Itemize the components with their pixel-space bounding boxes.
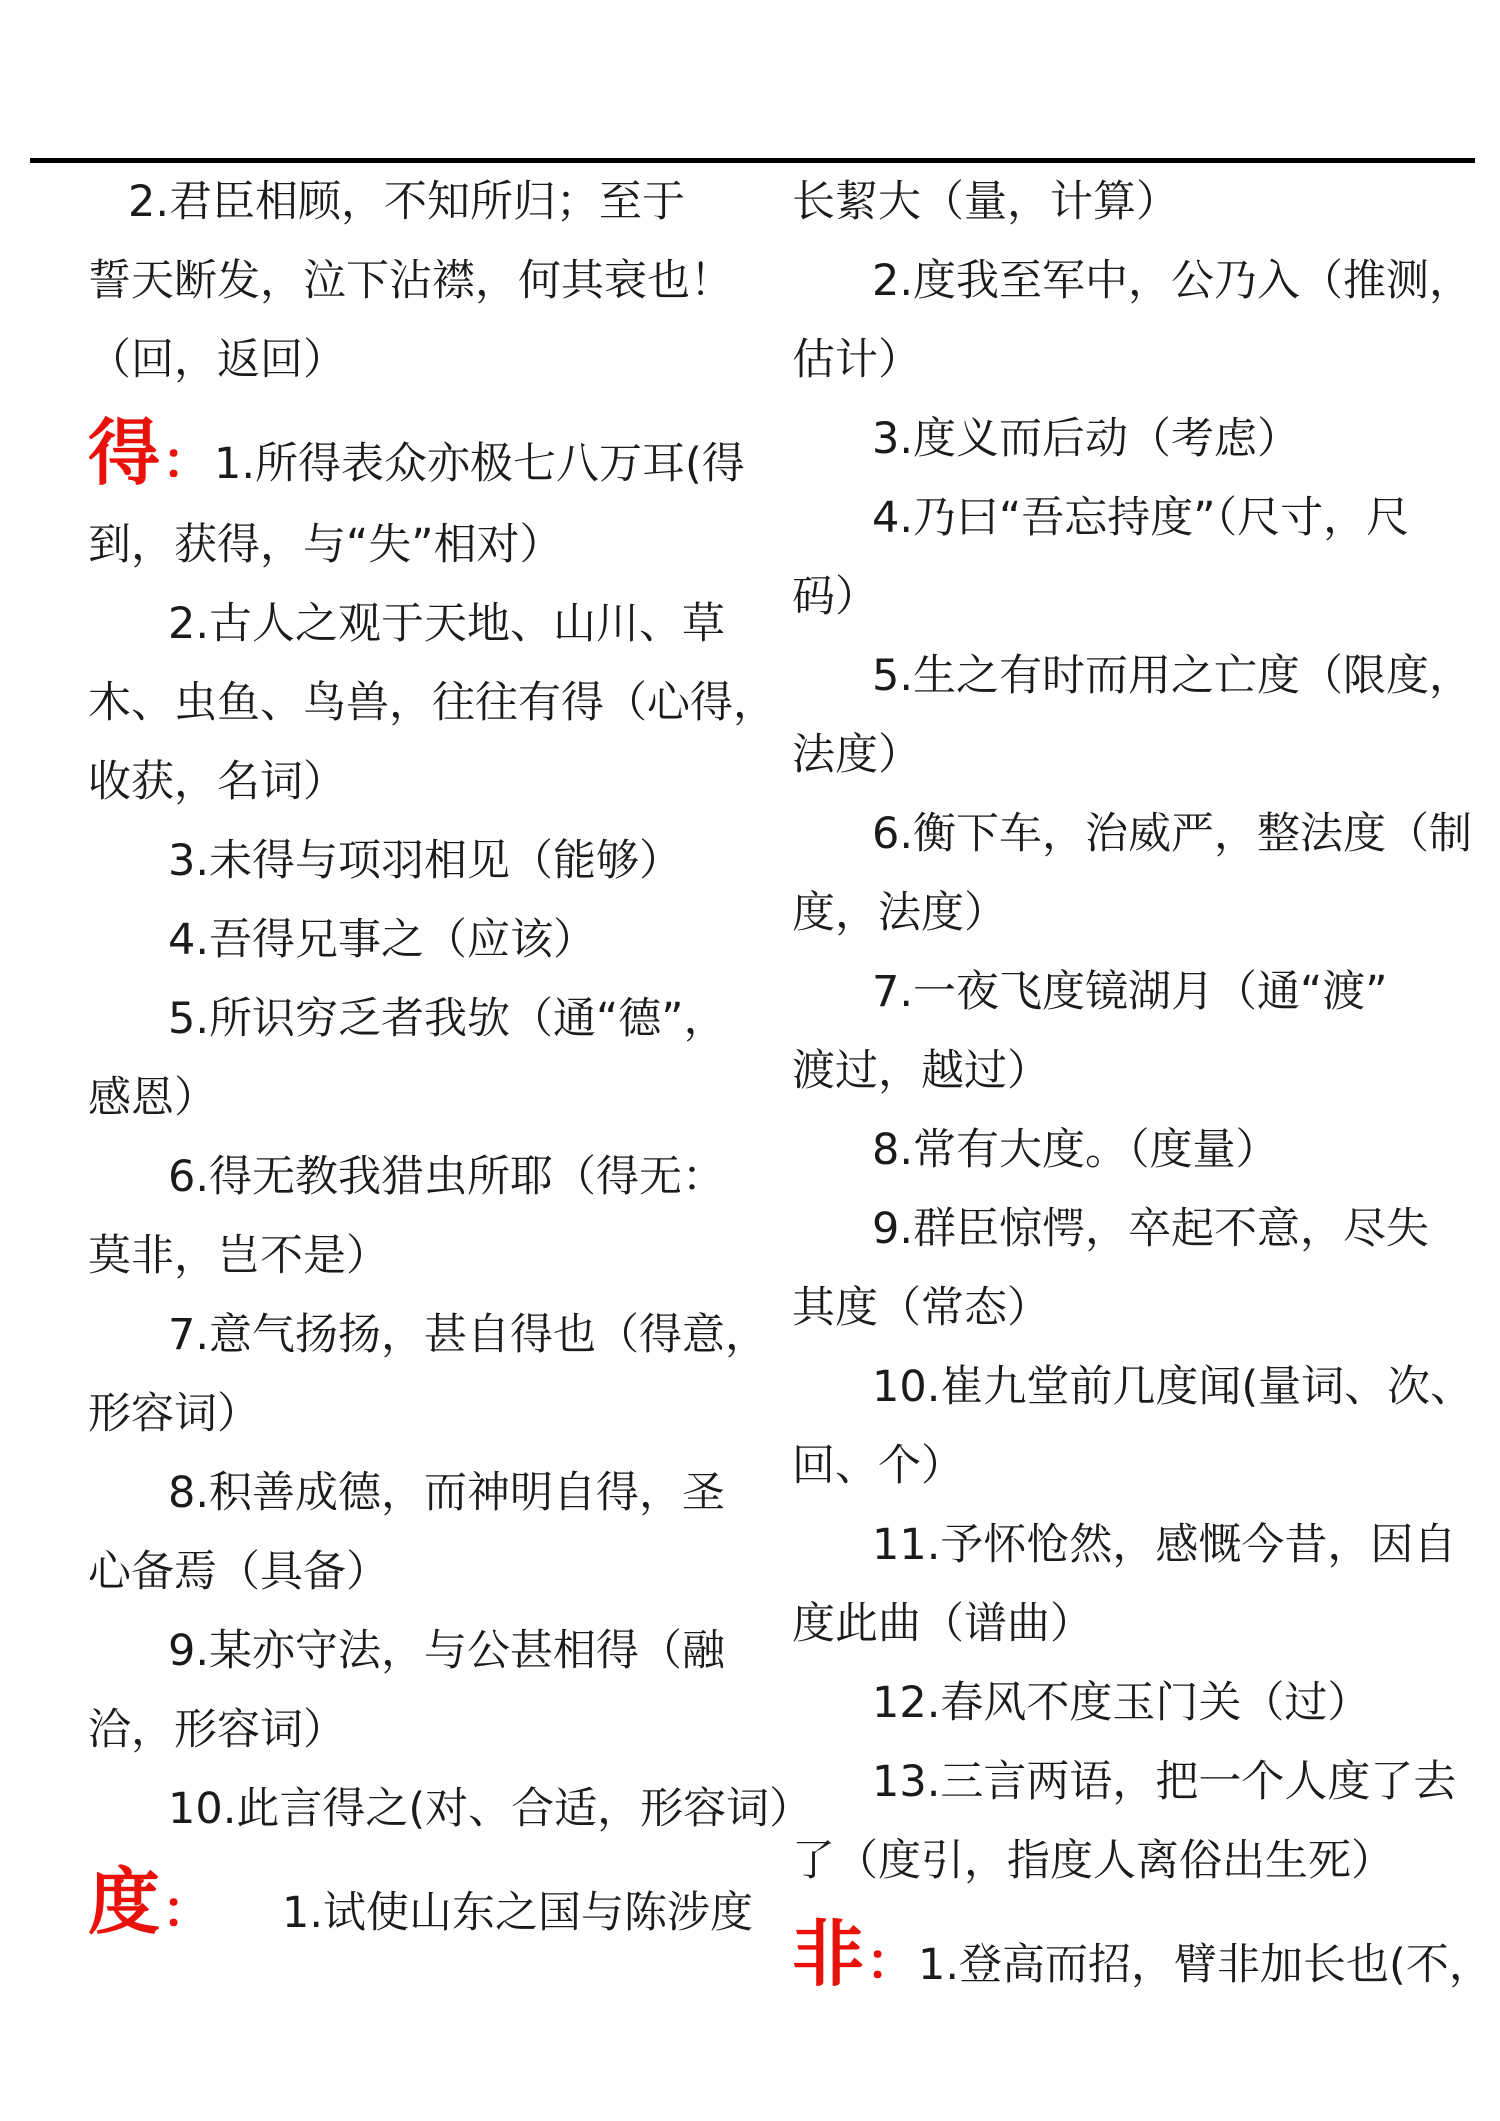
entry-text: 形容词） (88, 1389, 260, 1439)
entry-text: 10.此言得之(对、合适，形容词） (168, 1784, 812, 1834)
entry-line: 2.古人之观于天地、山川、草 (88, 585, 753, 664)
entry-line: 6.得无教我猎虫所耶（得无： (88, 1138, 753, 1217)
entry-line: 7.一夜飞度镜湖月（通“渡” (792, 953, 1482, 1032)
entry-text: 收获，名词） (88, 757, 346, 807)
headword-char: 非 (792, 1901, 864, 2007)
entry-text: 10.崔九堂前几度闻(量词、次、 (872, 1362, 1473, 1412)
entry-line: 6.衡下车，治威严，整法度（制 (792, 795, 1482, 874)
headword-colon: ： (866, 1909, 916, 2015)
entry-text: 13.三言两语，把一个人度了去 (872, 1757, 1456, 1807)
entry-text: 6.衡下车，治威严，整法度（制 (872, 809, 1472, 859)
entry-text: 11.予怀怆然，感慨今昔，因自 (872, 1520, 1456, 1570)
entry-line: 码） (792, 558, 1482, 637)
headword-char: 度 (88, 1849, 160, 1955)
entry-text: 长絜大（量，计算） (792, 177, 1179, 227)
entry-text: 8.常有大度。（度量） (872, 1125, 1279, 1175)
entry-line: 收获，名词） (88, 743, 753, 822)
document-page: 2.君臣相顾，不知所归；至于誓天断发，泣下沾襟，何其衰也！（回，返回）得：1.所… (0, 0, 1500, 2121)
entry-text: 3.未得与项羽相见（能够） (168, 836, 682, 886)
entry-text: 4.乃曰“吾忘持度”（尺寸，尺 (872, 493, 1409, 543)
entry-line: 长絜大（量，计算） (792, 163, 1482, 242)
headword-colon: ： (162, 1857, 212, 1963)
entry-text: 7.意气扬扬，甚自得也（得意， (168, 1310, 768, 1360)
entry-text: 莫非，岂不是） (88, 1231, 389, 1281)
entry-line: 2.度我至军中，公乃入（推测， (792, 242, 1482, 321)
entry-text: 4.吾得兄事之（应该） (168, 915, 596, 965)
entry-line: 洽，形容词） (88, 1691, 753, 1770)
entry-text: 6.得无教我猎虫所耶（得无： (168, 1152, 725, 1202)
entry-text: 5.生之有时而用之亡度（限度， (872, 651, 1472, 701)
entry-line: 形容词） (88, 1375, 753, 1454)
entry-line: 度，法度） (792, 874, 1482, 953)
entry-text: 度此曲（谱曲） (792, 1599, 1093, 1649)
entry-line: 其度（常态） (792, 1269, 1482, 1348)
headword-entry-line: 非：1.登高而招，臂非加长也(不， (792, 1901, 1482, 2007)
entry-line: 誓天断发，泣下沾襟，何其衰也！ (88, 242, 753, 321)
entry-text: 法度） (792, 730, 921, 780)
entry-line: 了（度引，指度人离俗出生死） (792, 1822, 1482, 1901)
entry-text: 2.度我至军中，公乃入（推测， (872, 256, 1472, 306)
entry-line: 4.吾得兄事之（应该） (88, 901, 753, 980)
entry-line: 回、个） (792, 1427, 1482, 1506)
entry-text: 回、个） (792, 1441, 964, 1491)
left-column: 2.君臣相顾，不知所归；至于誓天断发，泣下沾襟，何其衰也！（回，返回）得：1.所… (88, 163, 753, 1955)
entry-text: 码） (792, 572, 878, 622)
entry-line: 木、虫鱼、鸟兽，往往有得（心得， (88, 664, 753, 743)
entry-line: 8.常有大度。（度量） (792, 1111, 1482, 1190)
entry-line: 4.乃曰“吾忘持度”（尺寸，尺 (792, 479, 1482, 558)
entry-line: 9.某亦守法，与公甚相得（融 (88, 1612, 753, 1691)
entry-text: 2.古人之观于天地、山川、草 (168, 599, 725, 649)
entry-text: 感恩） (88, 1073, 217, 1123)
entry-line: 估计） (792, 321, 1482, 400)
entry-line: 感恩） (88, 1059, 753, 1138)
entry-text: 誓天断发，泣下沾襟，何其衰也！ (88, 256, 733, 306)
entry-line: 7.意气扬扬，甚自得也（得意， (88, 1296, 753, 1375)
entry-text: 了（度引，指度人离俗出生死） (792, 1836, 1394, 1886)
entry-text: 9.群臣惊愕，卒起不意，尽失 (872, 1204, 1429, 1254)
entry-text: 木、虫鱼、鸟兽，往往有得（心得， (88, 678, 776, 728)
entry-line: 度此曲（谱曲） (792, 1585, 1482, 1664)
entry-line: 13.三言两语，把一个人度了去 (792, 1743, 1482, 1822)
entry-line: 12.春风不度玉门关（过） (792, 1664, 1482, 1743)
headword-char: 得 (88, 400, 160, 506)
entry-line: 到，获得，与“失”相对） (88, 506, 753, 585)
entry-text: 其度（常态） (792, 1283, 1050, 1333)
entry-line: 5.所识穷乏者我欤（通“德”， (88, 980, 753, 1059)
entry-line: 5.生之有时而用之亡度（限度， (792, 637, 1482, 716)
entry-text: 渡过，越过） (792, 1046, 1050, 1096)
entry-text: 1.所得表众亦极七八万耳(得 (214, 411, 745, 517)
entry-line: 3.度义而后动（考虑） (792, 400, 1482, 479)
entry-line: 法度） (792, 716, 1482, 795)
entry-line: 莫非，岂不是） (88, 1217, 753, 1296)
entry-text: 1.试使山东之国与陈涉度 (282, 1860, 753, 1966)
entry-text: 9.某亦守法，与公甚相得（融 (168, 1626, 725, 1676)
entry-text: 估计） (792, 335, 921, 385)
headword-entry-line: 得：1.所得表众亦极七八万耳(得 (88, 400, 753, 506)
entry-text: 2.君臣相顾，不知所归；至于 (128, 177, 685, 227)
entry-text: 洽，形容词） (88, 1705, 346, 1755)
entry-line: （回，返回） (88, 321, 753, 400)
entry-line: 10.此言得之(对、合适，形容词） (88, 1770, 753, 1849)
entry-text: 度，法度） (792, 888, 1007, 938)
entry-line: 10.崔九堂前几度闻(量词、次、 (792, 1348, 1482, 1427)
entry-text: 到，获得，与“失”相对） (88, 520, 563, 570)
entry-line: 2.君臣相顾，不知所归；至于 (88, 163, 753, 242)
entry-line: 11.予怀怆然，感慨今昔，因自 (792, 1506, 1482, 1585)
headword-colon: ： (162, 408, 212, 514)
entry-line: 渡过，越过） (792, 1032, 1482, 1111)
headword-entry-line: 度：1.试使山东之国与陈涉度 (88, 1849, 753, 1955)
entry-text: 1.登高而招，臂非加长也(不， (918, 1912, 1492, 2018)
entry-line: 8.积善成德，而神明自得，圣 (88, 1454, 753, 1533)
entry-line: 心备焉（具备） (88, 1533, 753, 1612)
entry-text: 5.所识穷乏者我欤（通“德”， (168, 994, 727, 1044)
entry-line: 3.未得与项羽相见（能够） (88, 822, 753, 901)
entry-text: 心备焉（具备） (88, 1547, 389, 1597)
entry-text: 3.度义而后动（考虑） (872, 414, 1300, 464)
right-column: 长絜大（量，计算）2.度我至军中，公乃入（推测，估计）3.度义而后动（考虑）4.… (792, 163, 1482, 2007)
entry-text: 8.积善成德，而神明自得，圣 (168, 1468, 725, 1518)
entry-text: 7.一夜飞度镜湖月（通“渡” (872, 967, 1388, 1017)
entry-text: 12.春风不度玉门关（过） (872, 1678, 1370, 1728)
entry-text: （回，返回） (88, 335, 346, 385)
entry-line: 9.群臣惊愕，卒起不意，尽失 (792, 1190, 1482, 1269)
